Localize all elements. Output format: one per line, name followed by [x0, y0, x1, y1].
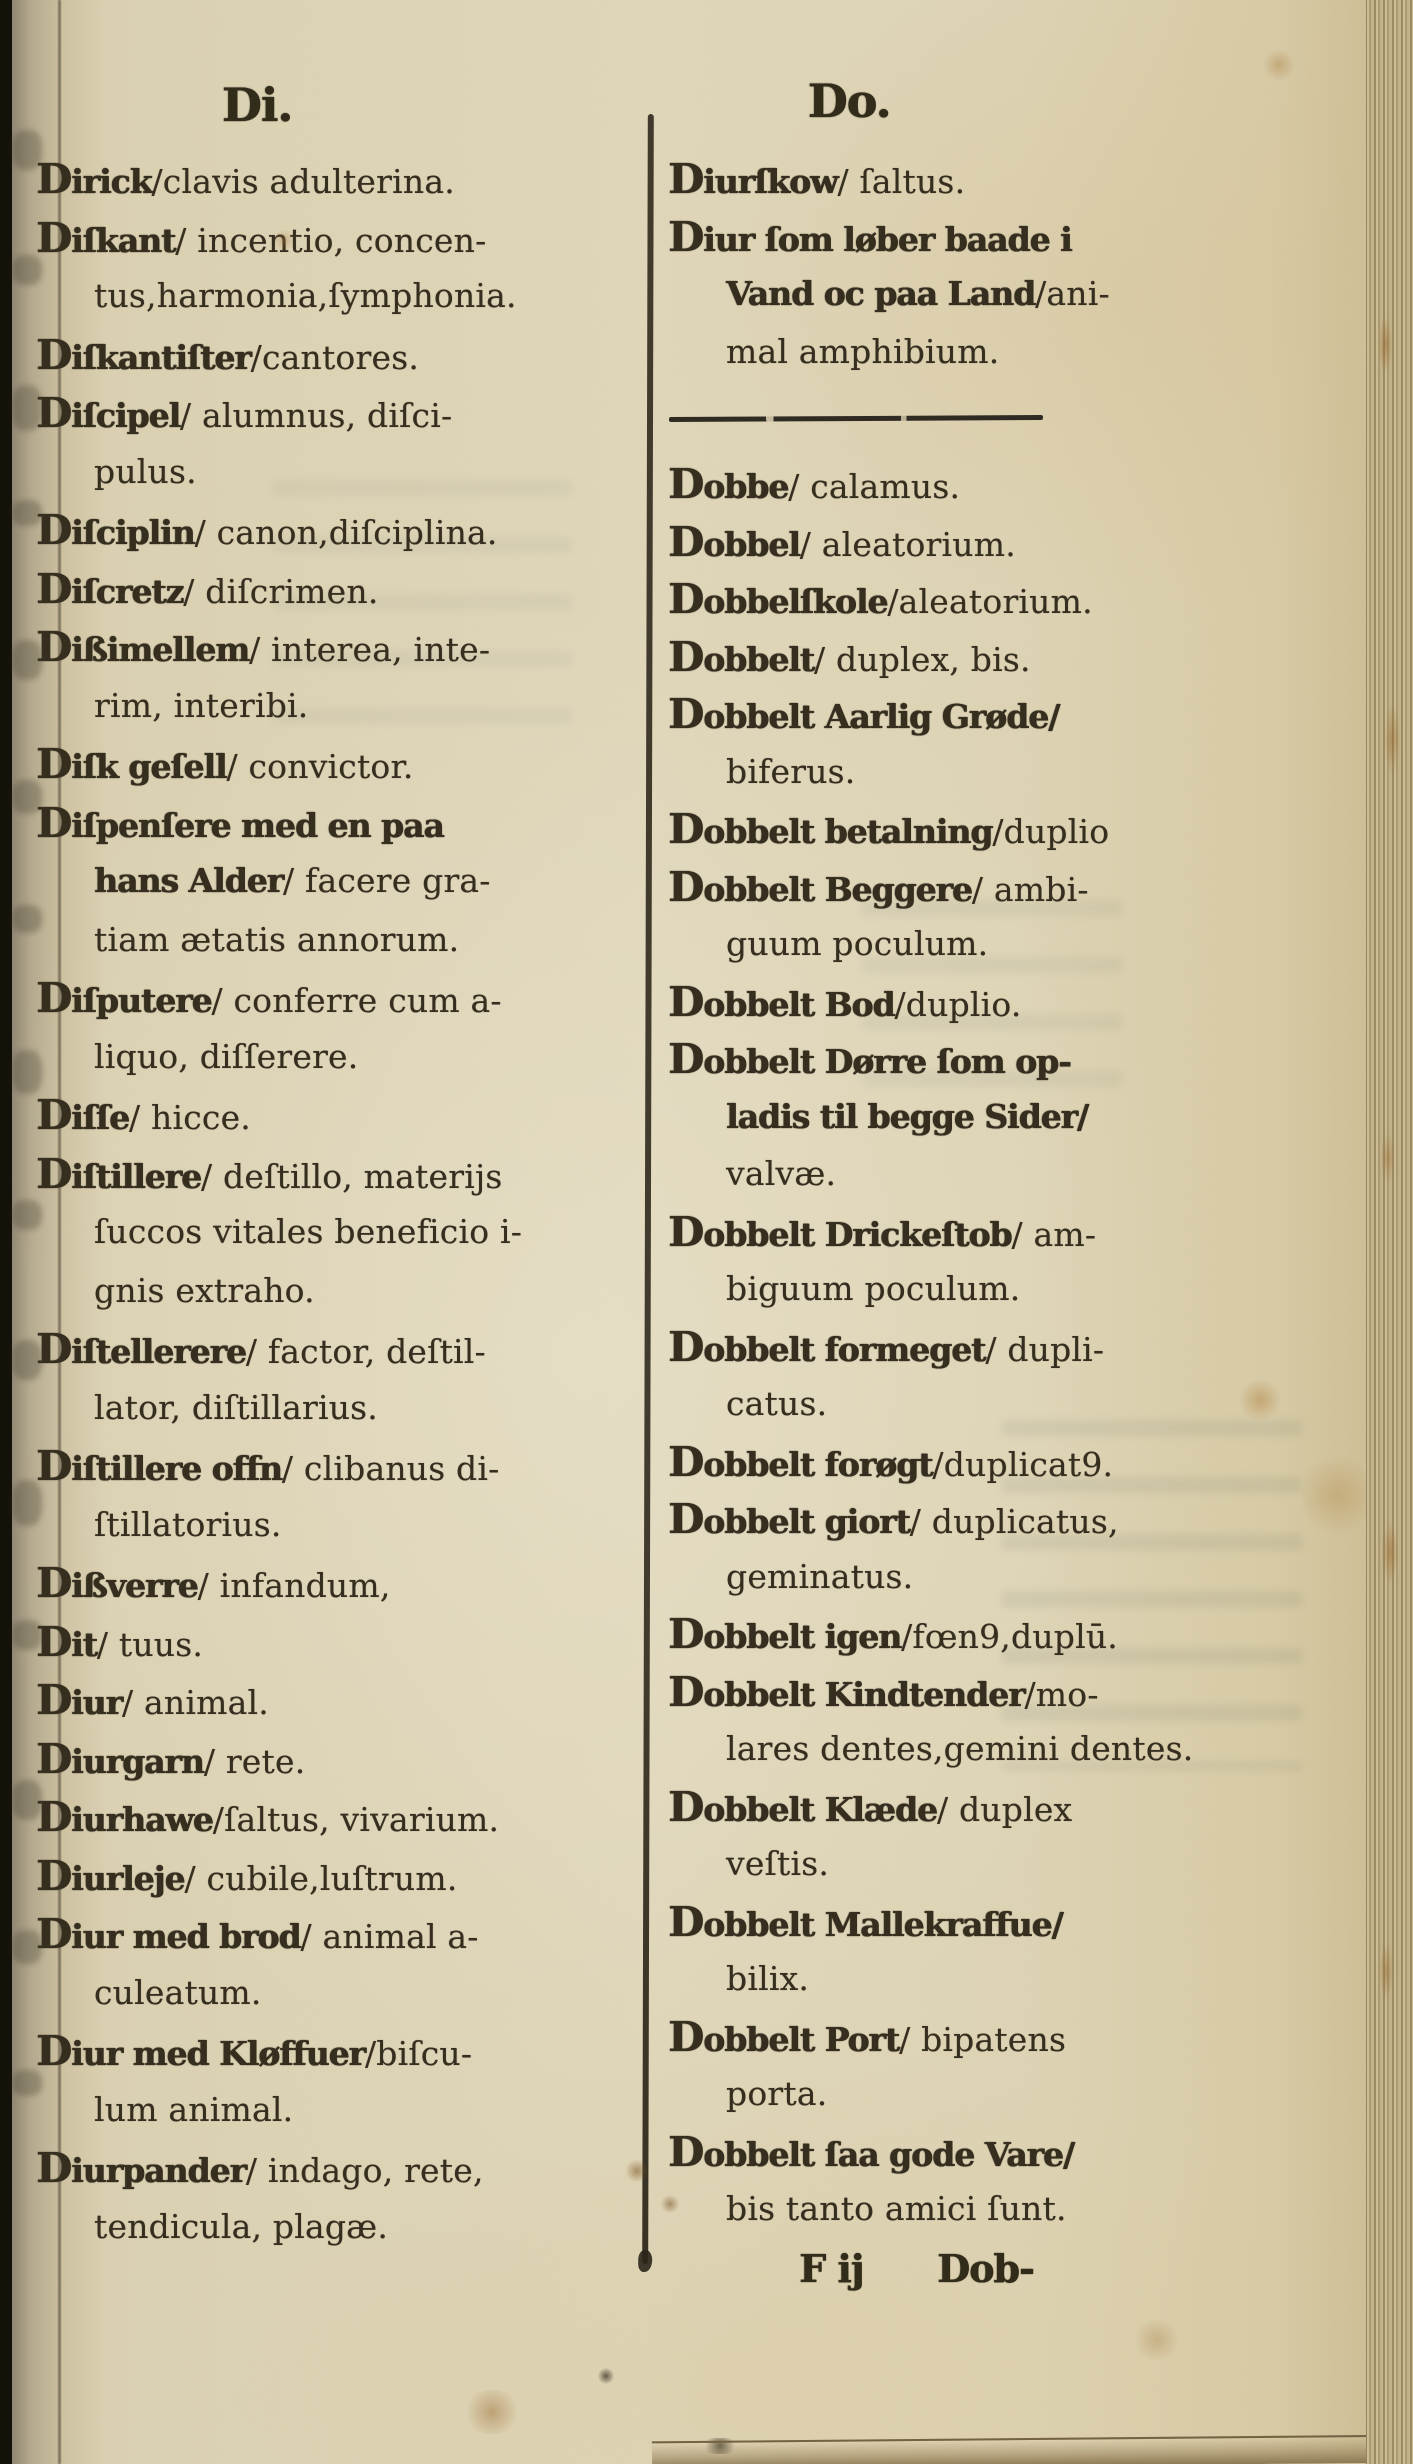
gloss-text: / incentio, concen- — [175, 221, 486, 260]
gloss-text: /mo- — [1024, 1675, 1098, 1714]
dictionary-entry-line: bis tanto amici ſunt. — [668, 2180, 1368, 2238]
gloss-text: /duplicat9. — [932, 1445, 1113, 1484]
headword-text: Dobbel — [668, 525, 800, 564]
gloss-text: / canon,diſciplina. — [195, 513, 498, 552]
gloss-text: / clibanus di- — [282, 1449, 500, 1488]
gloss-text: / duplicatus, — [910, 1502, 1119, 1541]
book-page-scan: Di. Do. Dirick/clavis adulterina.Diſkant… — [0, 0, 1413, 2464]
gloss-text: bilix. — [726, 1959, 809, 1998]
gloss-text: rim, interibi. — [94, 686, 309, 725]
dictionary-entry-line: Diſcipel/ alumnus, diſci- — [36, 384, 644, 443]
gloss-text: / conferre cum a- — [211, 981, 501, 1020]
headword-text: Dobbe — [668, 467, 788, 506]
dictionary-entry-line: veſtis. — [668, 1835, 1368, 1893]
dictionary-entry-line: Diſputere/ conferre cum a- — [36, 969, 644, 1028]
ink-smudge — [598, 2368, 614, 2384]
headword-text: Diſtillere — [36, 1157, 201, 1196]
headword-text: Dobbelt giort — [668, 1502, 910, 1541]
foxing-spot — [1132, 2320, 1182, 2360]
headword-text: Diſkantiſter — [36, 338, 251, 377]
dictionary-entry-line: Dobbelt Mallekraffue/ — [668, 1893, 1368, 1951]
gloss-text: / bipatens — [899, 2020, 1066, 2059]
headword-text: Diurpander — [36, 2151, 246, 2190]
page-header-right: Do. — [808, 74, 891, 128]
bleedthrough-mark — [12, 385, 42, 431]
gloss-text: / ſaltus. — [837, 162, 965, 201]
dictionary-entry-line: Diſcretz/ diſcrimen. — [36, 560, 644, 619]
catchword: Dob- — [937, 2246, 1034, 2291]
dictionary-entry-line: pulus. — [36, 443, 644, 502]
gloss-text: /fœn9,duplū. — [901, 1617, 1118, 1656]
gloss-text: / calamus. — [788, 467, 960, 506]
paper-page: Di. Do. Dirick/clavis adulterina.Diſkant… — [12, 0, 1413, 2464]
gloss-text: / dupli- — [985, 1330, 1104, 1369]
headword-text: Dobbelt forøgt — [668, 1445, 932, 1484]
dictionary-entry-line: Dobbelt Dørre ſom op- — [668, 1030, 1368, 1088]
gloss-text: lator, diſtillarius. — [94, 1388, 378, 1427]
gloss-text: ſtillatorius. — [94, 1505, 282, 1544]
dictionary-entry-line: biguum poculum. — [668, 1260, 1368, 1318]
dictionary-entry-line: Diſk geſell/ convictor. — [36, 735, 644, 794]
bleedthrough-mark — [12, 1930, 42, 1964]
headword-text: Dobbelt Bod — [668, 985, 894, 1024]
bleedthrough-mark — [12, 1200, 42, 1230]
dictionary-entry-line: Diſtellerere/ factor, deſtil- — [36, 1320, 644, 1379]
gloss-text: / duplex — [937, 1790, 1072, 1829]
dictionary-entry-line: Dobbelt betalning/duplio — [668, 800, 1368, 858]
headword-text: Diur — [36, 1683, 122, 1722]
headword-text: ladis til begge Sider/ — [726, 1097, 1088, 1136]
dictionary-entry-line: tiam ætatis annorum. — [36, 911, 644, 970]
foxing-spot — [1302, 1450, 1372, 1540]
gloss-text: / duplex, bis. — [814, 640, 1031, 679]
page-header-left: Di. — [222, 78, 292, 132]
headword-text: Diur ſom løber baade i — [668, 220, 1072, 259]
bleedthrough-mark — [12, 640, 42, 680]
dictionary-entry-line: Dit/ tuus. — [36, 1613, 644, 1672]
dictionary-entry-line: ladis til begge Sider/ — [668, 1088, 1368, 1146]
gloss-text: / am- — [1012, 1215, 1097, 1254]
book-fore-edge — [1366, 0, 1413, 2464]
dictionary-entry-line: Diur/ animal. — [36, 1671, 644, 1730]
dictionary-entry-line: Diur ſom løber baade i — [668, 208, 1368, 266]
bleedthrough-mark — [12, 1780, 42, 1820]
bleedthrough-mark — [12, 780, 42, 814]
dictionary-entry-line: gnis extraho. — [36, 1262, 644, 1321]
headword-text: hans Alder — [94, 861, 283, 900]
bleedthrough-mark — [12, 1050, 42, 1094]
gloss-text: tus,harmonia,ſymphonia. — [94, 276, 517, 315]
gloss-text: /clavis adulterina. — [151, 162, 454, 201]
dictionary-entry-line: Dobbelt igen/fœn9,duplū. — [668, 1605, 1368, 1663]
gloss-text: tendicula, plagæ. — [94, 2207, 388, 2246]
gloss-text: /aleatorium. — [887, 582, 1092, 621]
headword-text: Diſkant — [36, 221, 175, 260]
dictionary-entry-line: rim, interibi. — [36, 677, 644, 736]
gloss-text: tiam ætatis annorum. — [94, 920, 459, 959]
gloss-text: / aleatorium. — [800, 525, 1016, 564]
gloss-text: /cantores. — [251, 338, 419, 377]
gloss-text: /ſaltus, vivarium. — [213, 1800, 499, 1839]
gloss-text: mal amphibium. — [726, 332, 999, 371]
foxing-spot — [1262, 50, 1296, 80]
dictionary-entry-line: Diur med Kløffuer/biſcu- — [36, 2022, 644, 2081]
dictionary-entry-line: Dobbelt giort/ duplicatus, — [668, 1490, 1368, 1548]
dictionary-entry-line: Diſkantiſter/cantores. — [36, 326, 644, 385]
headword-text: Dobbelt Kindtender — [668, 1675, 1024, 1714]
dictionary-column-left: Dirick/clavis adulterina.Diſkant/ incent… — [36, 150, 644, 2256]
dictionary-entry-line: liquo, diſſerere. — [36, 1028, 644, 1087]
dictionary-entry-line: Diurgarn/ rete. — [36, 1730, 644, 1789]
headword-text: Dit — [36, 1625, 97, 1664]
headword-text: Diur med Kløffuer — [36, 2034, 365, 2073]
gloss-text: /duplio — [992, 812, 1109, 851]
dictionary-entry-line: lator, diſtillarius. — [36, 1379, 644, 1438]
headword-text: Diſcretz — [36, 572, 183, 611]
dictionary-entry-line: Dißverre/ infandum, — [36, 1554, 644, 1613]
dictionary-entry-line: Diſpenſere med en paa — [36, 794, 644, 853]
headword-text: Diſſe — [36, 1098, 129, 1137]
bleedthrough-mark — [12, 1620, 42, 1650]
headword-text: Diſputere — [36, 981, 211, 1020]
bleedthrough-mark — [12, 905, 42, 933]
foxing-spot — [462, 2390, 522, 2434]
headword-text: Dobbelt Port — [668, 2020, 899, 2059]
dictionary-entry-line: Dobbelt formeget/ dupli- — [668, 1318, 1368, 1376]
headword-text: Dobbelt igen — [668, 1617, 901, 1656]
gloss-text: ſuccos vitales beneficio i- — [94, 1212, 522, 1251]
gloss-text: porta. — [726, 2074, 827, 2113]
dictionary-entry-line: Diurſkow/ ſaltus. — [668, 150, 1368, 208]
gloss-text: / deſtillo, materijs — [201, 1157, 503, 1196]
dictionary-entry-line: Dobbelt Beggere/ ambi- — [668, 858, 1368, 916]
dictionary-entry-line: Diſſe/ hicce. — [36, 1086, 644, 1145]
dictionary-entry-line: Diurpander/ indago, rete, — [36, 2139, 644, 2198]
gloss-text: / animal a- — [301, 1917, 479, 1956]
headword-text: Dobbelt — [668, 640, 814, 679]
dictionary-entry-line: Diurleje/ cubile,luſtrum. — [36, 1847, 644, 1906]
dictionary-entry-line: Dobbelt Drickeſtob/ am- — [668, 1203, 1368, 1261]
foxing-spot — [272, 230, 296, 250]
dictionary-entry-line: culeatum. — [36, 1964, 644, 2023]
gloss-text: / hicce. — [129, 1098, 251, 1137]
dictionary-entry-line: Diur med brod/ animal a- — [36, 1905, 644, 1964]
gloss-text: / alumnus, diſci- — [180, 396, 452, 435]
dictionary-entry-line: Dobbelt ſaa gode Vare/ — [668, 2123, 1368, 2181]
gloss-text: bis tanto amici ſunt. — [726, 2189, 1067, 2228]
dictionary-entry-line: Dobbelt/ duplex, bis. — [668, 628, 1368, 686]
dictionary-entry-line: Dobbe/ calamus. — [668, 455, 1368, 513]
dictionary-column-right-top: Diurſkow/ ſaltus.Diur ſom løber baade iV… — [668, 150, 1368, 380]
foxing-spot — [1237, 1380, 1283, 1420]
headword-text: Diſpenſere med en paa — [36, 806, 444, 845]
dictionary-entry-line: Dobbelt Klæde/ duplex — [668, 1778, 1368, 1836]
dictionary-entry-line: biferus. — [668, 743, 1368, 801]
dictionary-entry-line: guum poculum. — [668, 915, 1368, 973]
gloss-text: guum poculum. — [726, 924, 988, 963]
dictionary-entry-line: Vand oc paa Land/ani- — [668, 265, 1368, 323]
foxing-spot — [660, 2195, 680, 2213]
gloss-text: gnis extraho. — [94, 1271, 315, 1310]
dictionary-entry-line: Diurhawe/ſaltus, vivarium. — [36, 1788, 644, 1847]
gloss-text: / facere gra- — [283, 861, 491, 900]
gloss-text: biguum poculum. — [726, 1269, 1020, 1308]
foxing-spot — [624, 2160, 650, 2182]
headword-text: Diurſkow — [668, 162, 837, 201]
gloss-text: / infandum, — [198, 1566, 391, 1605]
dictionary-entry-line: geminatus. — [668, 1548, 1368, 1606]
headword-text: Diurleje — [36, 1859, 184, 1898]
dictionary-entry-line: Dobbelſkole/aleatorium. — [668, 570, 1368, 628]
gloss-text: / cubile,luſtrum. — [184, 1859, 457, 1898]
headword-text: Dobbelt Drickeſtob — [668, 1215, 1012, 1254]
dictionary-column-right-bottom: Dobbe/ calamus.Dobbel/ aleatorium.Dobbel… — [668, 455, 1368, 2238]
bleedthrough-mark — [12, 1480, 42, 1526]
headword-text: Dobbelſkole — [668, 582, 887, 621]
gloss-text: /ani- — [1035, 274, 1110, 313]
dictionary-entry-line: lum animal. — [36, 2081, 644, 2140]
headword-text: Diſcipel — [36, 396, 180, 435]
bleedthrough-mark — [12, 255, 42, 285]
signature-mark: F ij — [799, 2246, 863, 2291]
gloss-text: / convictor. — [226, 747, 413, 786]
headword-text: Diurgarn — [36, 1742, 204, 1781]
gloss-text: /duplio. — [894, 985, 1021, 1024]
bleedthrough-mark — [12, 130, 42, 170]
dictionary-entry-line: porta. — [668, 2065, 1368, 2123]
dictionary-entry-line: Dobbelt Bod/duplio. — [668, 973, 1368, 1031]
headword-text: Dobbelt betalning — [668, 812, 992, 851]
dictionary-entry-line: Dobbel/ aleatorium. — [668, 513, 1368, 571]
headword-text: Diſtellerere — [36, 1332, 246, 1371]
headword-text: Diur med brod — [36, 1917, 301, 1956]
dictionary-entry-line: valvæ. — [668, 1145, 1368, 1203]
headword-text: Diurhawe — [36, 1800, 213, 1839]
gloss-text: catus. — [726, 1384, 827, 1423]
dictionary-entry-line: tendicula, plagæ. — [36, 2198, 644, 2257]
gloss-text: liquo, diſſerere. — [94, 1037, 358, 1076]
gloss-text: lares dentes,gemini dentes. — [726, 1729, 1193, 1768]
gloss-text: biferus. — [726, 752, 855, 791]
dictionary-entry-line: ſtillatorius. — [36, 1496, 644, 1555]
gloss-text: /biſcu- — [365, 2034, 472, 2073]
gloss-text: / factor, deſtil- — [246, 1332, 486, 1371]
gloss-text: culeatum. — [94, 1973, 262, 2012]
dictionary-entry-line: Dobbelt Kindtender/mo- — [668, 1663, 1368, 1721]
gloss-text: / indago, rete, — [246, 2151, 484, 2190]
signature-row: F ij Dob- — [667, 2246, 1347, 2306]
gloss-text: valvæ. — [726, 1154, 836, 1193]
dictionary-entry-line: ſuccos vitales beneficio i- — [36, 1203, 644, 1262]
dictionary-entry-line: Dobbelt forøgt/duplicat9. — [668, 1433, 1368, 1491]
gloss-text: / animal. — [122, 1683, 269, 1722]
bleedthrough-mark — [12, 500, 42, 526]
gloss-text: / tuus. — [97, 1625, 203, 1664]
headword-text: Dobbelt Beggere — [668, 870, 972, 909]
headword-text: Dobbelt Aarlig Grøde/ — [668, 697, 1059, 736]
gloss-text: / rete. — [204, 1742, 306, 1781]
headword-text: Dobbelt ſaa gode Vare/ — [668, 2135, 1074, 2174]
bleedthrough-mark — [12, 1340, 42, 1380]
book-bottom-edge — [652, 2435, 1413, 2464]
dictionary-entry-line: mal amphibium. — [668, 323, 1368, 381]
dictionary-entry-line: Diſciplin/ canon,diſciplina. — [36, 501, 644, 560]
dictionary-entry-line: Dißimellem/ interea, inte- — [36, 618, 644, 677]
headword-text: Diſtillere offn — [36, 1449, 282, 1488]
headword-text: Dobbelt Klæde — [668, 1790, 937, 1829]
dictionary-entry-line: Diſtillere/ deſtillo, materijs — [36, 1145, 644, 1204]
dictionary-entry-line: lares dentes,gemini dentes. — [668, 1720, 1368, 1778]
gloss-text: veſtis. — [726, 1844, 829, 1883]
headword-text: Dißimellem — [36, 630, 249, 669]
section-divider-rule — [669, 415, 1043, 422]
dictionary-entry-line: hans Alder/ facere gra- — [36, 852, 644, 911]
gloss-text: pulus. — [94, 452, 197, 491]
dictionary-entry-line: Diſkant/ incentio, concen- — [36, 209, 644, 268]
headword-text: Vand oc paa Land — [726, 274, 1035, 313]
gloss-text: / diſcrimen. — [183, 572, 378, 611]
dictionary-entry-line: Dirick/clavis adulterina. — [36, 150, 644, 209]
dictionary-entry-line: tus,harmonia,ſymphonia. — [36, 267, 644, 326]
bleedthrough-mark — [12, 2070, 42, 2096]
gloss-text: geminatus. — [726, 1557, 913, 1596]
headword-text: Dobbelt Dørre ſom op- — [668, 1042, 1071, 1081]
headword-text: Dobbelt Mallekraffue/ — [668, 1905, 1063, 1944]
headword-text: Dißverre — [36, 1566, 198, 1605]
headword-text: Dobbelt formeget — [668, 1330, 985, 1369]
dictionary-entry-line: Dobbelt Aarlig Grøde/ — [668, 685, 1368, 743]
gloss-text: / ambi- — [972, 870, 1089, 909]
gloss-text: / interea, inte- — [249, 630, 490, 669]
dictionary-entry-line: Diſtillere offn/ clibanus di- — [36, 1437, 644, 1496]
dictionary-entry-line: bilix. — [668, 1950, 1368, 2008]
headword-text: Diſk geſell — [36, 747, 226, 786]
headword-text: Diſciplin — [36, 513, 195, 552]
gloss-text: lum animal. — [94, 2090, 293, 2129]
headword-text: Dirick — [36, 162, 151, 201]
dictionary-entry-line: Dobbelt Port/ bipatens — [668, 2008, 1368, 2066]
